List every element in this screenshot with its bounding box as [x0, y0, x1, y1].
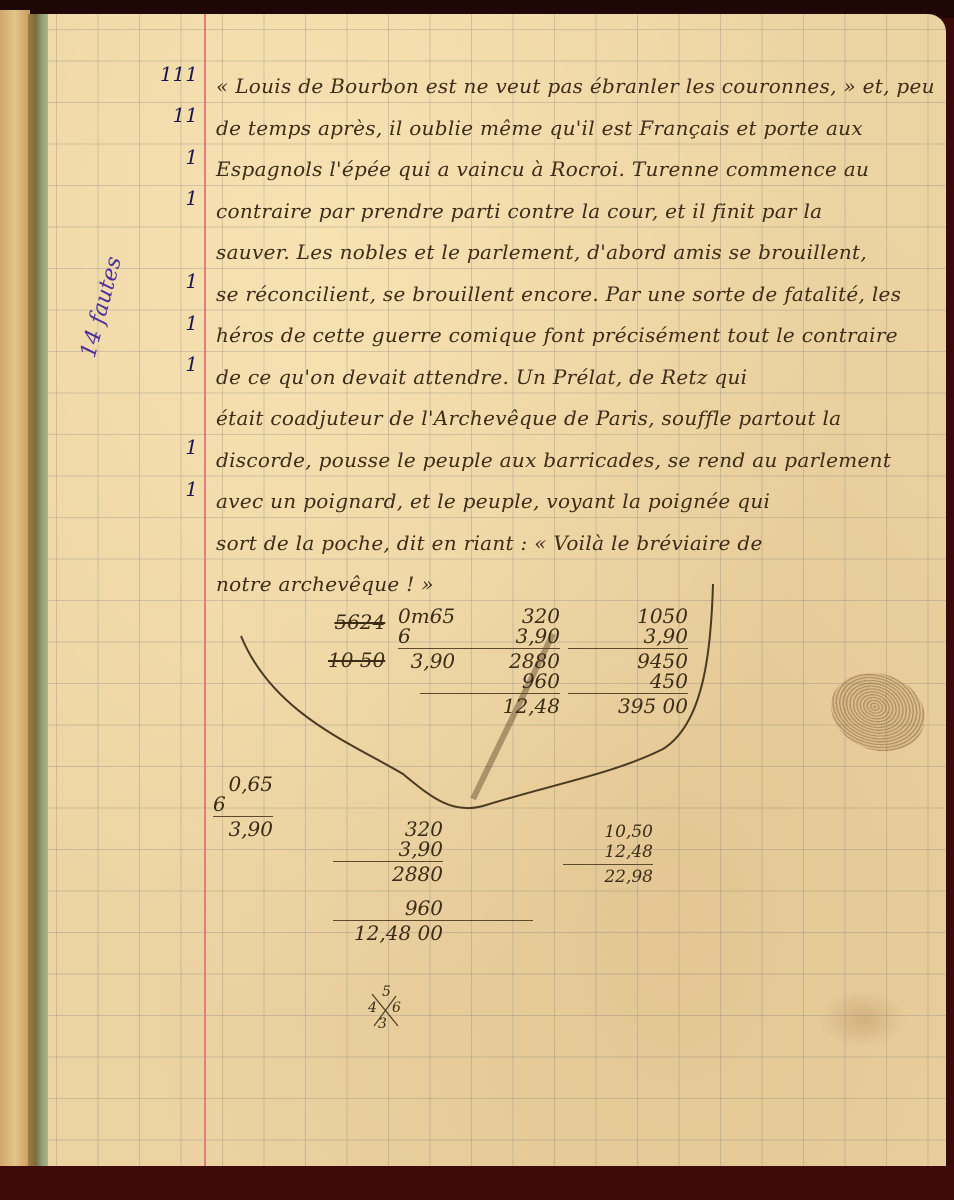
text-line: sauver. Les nobles et le parlement, d'ab… — [216, 232, 936, 274]
tally-mark: 11 — [148, 103, 198, 127]
paper-smudge — [818, 989, 908, 1049]
red-margin-line — [204, 14, 206, 1166]
text-line: de ce qu'on devait attendre. Un Prélat, … — [216, 357, 936, 399]
dictation-text: « Louis de Bourbon est ne veut pas ébran… — [216, 66, 936, 606]
tally-mark: 111 — [148, 62, 198, 86]
calc-value: 3,90 — [213, 819, 273, 839]
scan-bottom-edge — [0, 1166, 954, 1200]
tally-mark: 1 — [148, 435, 198, 459]
calc-value: 3,90 — [333, 839, 443, 859]
calc-value: 450 — [568, 671, 688, 691]
tally-column: 111 11 1 1 1 1 1 1 1 — [148, 14, 198, 1166]
text-line: héros de cette guerre comique font préci… — [216, 315, 936, 357]
calc-value: 9450 — [568, 651, 688, 671]
calc-value: 1050 — [568, 606, 688, 626]
notebook-page: 14 fautes 111 11 1 1 1 1 1 1 1 « Louis d… — [48, 14, 946, 1166]
text-line: était coadjuteur de l'Archevêque de Pari… — [216, 398, 936, 440]
calc-value: 12,48 — [420, 696, 560, 716]
calc-value: 3,90 — [568, 626, 688, 646]
text-line: sort de la poche, dit en riant : « Voilà… — [216, 523, 936, 565]
calc-value: 6 — [213, 794, 273, 814]
calc-cross: 5 4 6 3 — [366, 982, 406, 1034]
calc-right: 10,50 12,48 22,98 — [563, 822, 653, 887]
text-line: se réconcilient, se brouillent encore. P… — [216, 274, 936, 316]
calc-value: 10 50 — [328, 650, 385, 670]
calc-value: 10,50 — [563, 822, 653, 842]
calc-value: 320 — [420, 606, 560, 626]
calc-enclosed-col1: 5624 10 50 — [258, 612, 385, 670]
calc-value: 12,48 — [563, 842, 653, 862]
calc-left: 0,65 6 3,90 — [213, 774, 273, 839]
calc-value: 0,65 — [213, 774, 273, 794]
tally-mark: 1 — [148, 352, 198, 376]
tally-mark: 1 — [148, 477, 198, 501]
calc-value: 395 00 — [568, 696, 688, 716]
tally-mark: 1 — [148, 311, 198, 335]
calc-value: 12,48 00 — [333, 923, 443, 943]
calc-enclosed-col4: 1050 3,90 9450 450 395 00 — [568, 606, 688, 716]
tally-mark: 1 — [148, 269, 198, 293]
calc-value: 22,98 — [563, 867, 653, 887]
calc-value: 2880 — [333, 864, 443, 884]
tally-mark: 1 — [148, 145, 198, 169]
calc-enclosed-col3: 320 3,90 2880 960 12,48 — [420, 606, 560, 716]
text-line: de temps après, il oublie même qu'il est… — [216, 108, 936, 150]
text-line: avec un poignard, et le peuple, voyant l… — [216, 481, 936, 523]
sum-rule — [563, 864, 653, 865]
text-line: Espagnols l'épée qui a vaincu à Rocroi. … — [216, 149, 936, 191]
calc-center: 320 3,90 2880 960 12,48 00 — [333, 819, 443, 943]
notebook-binding — [0, 10, 30, 1168]
text-line: discorde, pousse le peuple aux barricade… — [216, 440, 936, 482]
text-line: « Louis de Bourbon est ne veut pas ébran… — [216, 66, 936, 108]
calc-value: 2880 — [420, 651, 560, 671]
calc-value: 960 — [333, 898, 443, 918]
calc-value: 960 — [420, 671, 560, 691]
calc-value: 3,90 — [420, 626, 560, 646]
text-line: contraire par prendre parti contre la co… — [216, 191, 936, 233]
calc-value: 5624 — [258, 612, 385, 632]
calc-value: 320 — [333, 819, 443, 839]
cross-mark-icon — [366, 982, 406, 1034]
tally-mark: 1 — [148, 186, 198, 210]
